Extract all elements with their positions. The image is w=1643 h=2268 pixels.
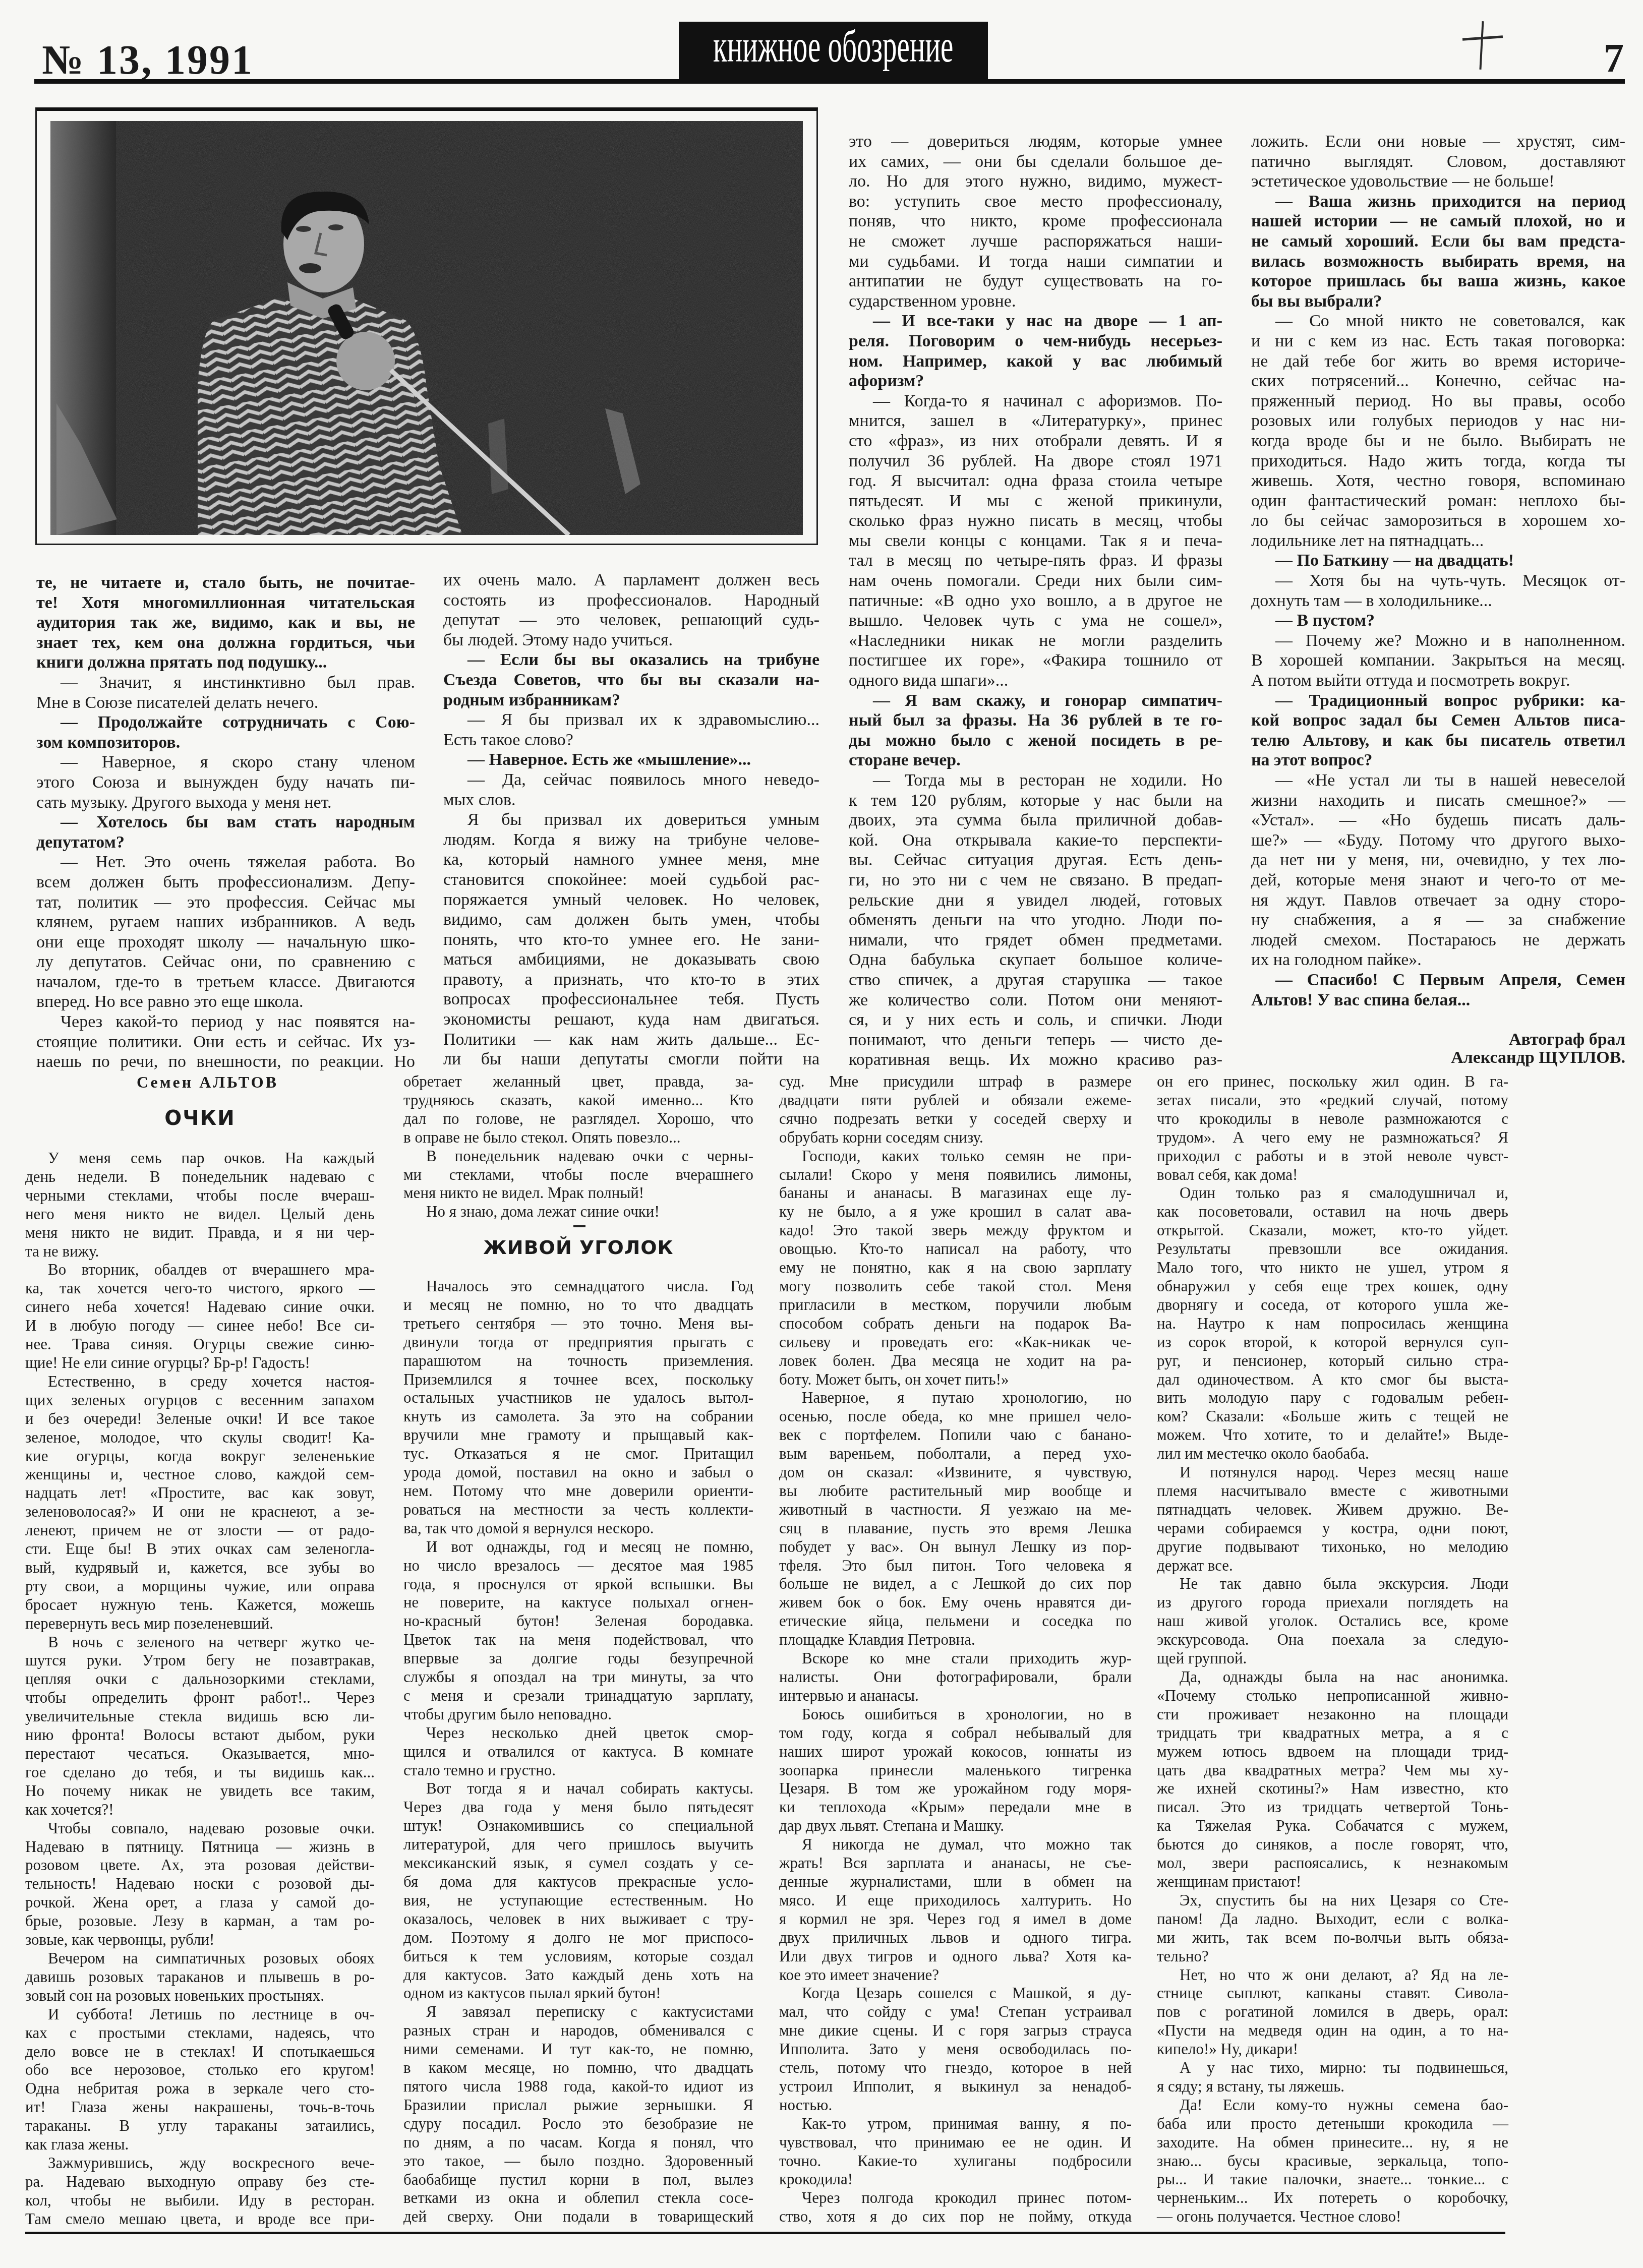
text-line: жрать! Вся зарплата и ананасы, не съе- bbox=[779, 1854, 1132, 1873]
text-line: ном. Например, какой у вас любимый bbox=[849, 351, 1222, 372]
text-line: мясо. И еще приходилось халтурить. Но bbox=[779, 1891, 1132, 1910]
text-line: ложить. Если они новые — хрустят, сим- bbox=[1251, 132, 1625, 152]
text-line: розовом цвете. Ах, эта розовая действи- bbox=[25, 1856, 375, 1875]
story-title-zhivoy-ugolok: ЖИВОЙ УГОЛОК bbox=[403, 1235, 753, 1260]
text-line: Я завязал переписку с кактусистами bbox=[403, 2003, 753, 2021]
text-line: чтобы другим было неповадно. bbox=[403, 1705, 753, 1724]
text-line: они еще проходят школу — начальную шко- bbox=[36, 932, 415, 952]
text-paragraph: — «Не устал ли ты в нашей невеселойжизни… bbox=[1251, 770, 1625, 970]
text-line: ловек болен. Два месяца не ходит на ра- bbox=[779, 1352, 1132, 1370]
ochki-column-1: У меня семь пар очков. На каждыйдень нед… bbox=[25, 1149, 375, 2229]
text-line: кой вопрос задал бы Семен Альтов писа- bbox=[1251, 710, 1625, 731]
text-line: женщинам пристают! bbox=[1157, 1873, 1508, 1891]
issue-number: № 13, 1991 bbox=[42, 39, 254, 81]
text-line: одного вида шпаги»... bbox=[849, 671, 1222, 691]
text-line: год. Я высчитал: одна фраза стоила четыр… bbox=[849, 471, 1222, 491]
text-line: биться к тем условиям, которые создал bbox=[403, 1947, 753, 1966]
text-line: том году, когда я собрал небывалый для bbox=[779, 1724, 1132, 1743]
text-line: зеленое, молодое, что скулы сводит! Ка- bbox=[25, 1428, 375, 1447]
text-paragraph: это — довериться людям, которые умнееих … bbox=[849, 132, 1222, 311]
text-line: Или двух тигров и одного льва? Хотя ка- bbox=[779, 1947, 1132, 1966]
text-line: сылали! Скоро у меня появились лимоны, bbox=[779, 1166, 1132, 1184]
question-paragraph: те, не читаете и, стало быть, не почитае… bbox=[36, 573, 415, 673]
text-line: тараканы. В углу тараканы затаились, bbox=[25, 2117, 375, 2135]
text-line: писал. Это из тридцать четвертой Тонь- bbox=[1157, 1798, 1508, 1817]
text-line: разных стран и народов, обменивался с bbox=[403, 2021, 753, 2040]
text-line: В ночь с зеленого на четверг жутко че- bbox=[25, 1633, 375, 1652]
text-line: Да! Если кому-то нужны семена бао- bbox=[1157, 2096, 1508, 2115]
text-line: мне дикие сцены. И с горя загрыз страуса bbox=[779, 2021, 1132, 2040]
text-line: ми судьбами. И тогда наши симпатии и bbox=[849, 252, 1222, 272]
text-line: наешь по речи, по внешности, по реакции.… bbox=[36, 1052, 415, 1072]
text-line: как глаза жены. bbox=[25, 2135, 375, 2154]
text-line: «Наследники никак не могли разделить bbox=[849, 631, 1222, 651]
text-line: Одна небритая рожа в зеркале чего сто- bbox=[25, 2079, 375, 2098]
text-line: патично выглядят. Словом, доставляют bbox=[1251, 152, 1625, 172]
text-line: вперед. Но все равно это еще школа. bbox=[36, 992, 415, 1012]
text-line: сторане вечер. bbox=[849, 750, 1222, 770]
text-line: обнаружил у себя еще трех кошек, одну bbox=[1157, 1277, 1508, 1296]
interview-column-2: их очень мало. А парламент должен весьсо… bbox=[443, 570, 819, 1069]
text-line: стнице сыплют, капканы ставят. Сивола- bbox=[1157, 1984, 1508, 2003]
text-line: бы людей. Этому надо учиться. bbox=[443, 630, 819, 650]
text-line: открытой. Сказали, может, кто-то уйдет. bbox=[1157, 1221, 1508, 1240]
text-line: черными стеклами, чтобы после вчераш- bbox=[25, 1186, 375, 1205]
text-paragraph: — Со мной никто не советовался, каки ни … bbox=[1251, 311, 1625, 551]
text-line: их самих, — они бы сделали большое де- bbox=[849, 152, 1222, 172]
text-line: Я никогда не думал, что можно так bbox=[779, 1835, 1132, 1854]
credit-line: Автограф брал bbox=[1251, 1031, 1625, 1049]
text-line: я кормил не зря. Через год я имел в доме bbox=[779, 1910, 1132, 1929]
text-line: как посоветовали, оставил на ночь дверь bbox=[1157, 1203, 1508, 1221]
text-line: могу позволить себе такой стол. Меня bbox=[779, 1277, 1132, 1296]
text-line: экскурсовода. Она поехала за следую- bbox=[1157, 1631, 1508, 1649]
text-line: сти. Еще бы! В этих очках сам зеленогла- bbox=[25, 1540, 375, 1559]
text-line: стало темно и грустно. bbox=[403, 1761, 753, 1780]
text-line: синего неба хочется! Надеваю синие очки. bbox=[25, 1298, 375, 1317]
text-line: экономисты решают, куда нам двигаться. bbox=[443, 1009, 819, 1030]
text-line: поняв, что никто, кроме профессионала bbox=[849, 211, 1222, 231]
text-line: ему не понятно, как я на свою зарплату bbox=[779, 1259, 1132, 1277]
text-line: мексиканский язык, я сумел создать у се- bbox=[403, 1854, 753, 1873]
text-line: Зажмурившись, жду воскресного вече- bbox=[25, 2154, 375, 2173]
text-line: кое это имеет значение? bbox=[779, 1966, 1132, 1985]
text-paragraph: Я бы призвал их довериться умнымлюдям. К… bbox=[443, 810, 819, 1069]
text-line: Цезаря. В том же урожайном году моря- bbox=[779, 1779, 1132, 1798]
text-line: ит! Глаза жены накрашены, точь-в-точь bbox=[25, 2098, 375, 2117]
text-line: Боюсь ошибиться в хронологии, но в bbox=[779, 1705, 1132, 1724]
text-line: началом, где-то в третьем классе. Двигаю… bbox=[36, 972, 415, 992]
text-line: обменять деньги на что угодно. Люди по- bbox=[849, 910, 1222, 930]
text-line: баобабище пустил корни в пол, вылез bbox=[403, 2171, 753, 2189]
text-line: осенью, после обеда, ко мне пришел чело- bbox=[779, 1407, 1132, 1426]
text-line: которое пришлась бы ваша жизнь, какое bbox=[1251, 271, 1625, 291]
text-line: на. Наутро к нам попросилась женщина bbox=[1157, 1315, 1508, 1333]
text-line: но-красный бутон! Зеленая бородавка. bbox=[403, 1612, 753, 1631]
text-line: ских потрясений... Конечно, сейчас на- bbox=[1251, 371, 1625, 391]
text-line: — Со мной никто не советовался, как bbox=[1251, 311, 1625, 331]
text-line: становится спокойнее: моей судьбой рас- bbox=[443, 870, 819, 890]
text-line: роваться на местности за честь коллекти- bbox=[403, 1501, 753, 1519]
text-paragraph: Вечером на симпатичных розовых обояхдави… bbox=[25, 1949, 375, 2005]
masthead-logo: книжное обозрение bbox=[679, 22, 988, 83]
ochki-column-2: обретает желанный цвет, правда, за-трудн… bbox=[403, 1072, 753, 1221]
text-line: бы вы выбрали? bbox=[1251, 291, 1625, 312]
text-line: щей группой. bbox=[1157, 1649, 1508, 1668]
text-line: вовал себя, как дома! bbox=[1157, 1166, 1508, 1184]
text-line: один фантастический роман: неплохо бы- bbox=[1251, 491, 1625, 511]
text-line: сильеву и проведать его: «Как-никак че- bbox=[779, 1333, 1132, 1352]
text-line: щих зеленых огурцов с весенним запахом bbox=[25, 1391, 375, 1410]
text-line: не самый хороший. Если бы вам предста- bbox=[1251, 231, 1625, 252]
text-line: Я бы призвал их довериться умным bbox=[443, 810, 819, 830]
text-line: стоящие политики. Они есть и сейчас. Их … bbox=[36, 1032, 415, 1052]
question-paragraph: — Если бы вы оказались на трибунеСъезда … bbox=[443, 650, 819, 710]
text-line: ку не было, а я уже крошил в салат ава- bbox=[779, 1203, 1132, 1221]
text-line: эстетическое удовольствие — не больше! bbox=[1251, 171, 1625, 192]
text-paragraph: Один только раз я смалодушничал и,как по… bbox=[1157, 1184, 1508, 1463]
text-line: пригласили в местком, поручили любым bbox=[779, 1296, 1132, 1315]
text-line: мы свели концы с концами. Так я и печа- bbox=[849, 531, 1222, 551]
text-line: Не так давно была экскурсия. Люди bbox=[1157, 1575, 1508, 1593]
text-line: И суббота! Летишь по лестнице в оч- bbox=[25, 2005, 375, 2024]
text-line: тридцать три квадратных метра, а я с bbox=[1157, 1724, 1508, 1743]
text-line: вия, не уступающие естественным. Но bbox=[403, 1891, 753, 1910]
question-paragraph: — Хотелось бы вам стать народнымдепутато… bbox=[36, 812, 415, 852]
text-line: Вскоре ко мне стали приходить жур- bbox=[779, 1649, 1132, 1668]
text-line: тфеля. Это был питон. Того человека я bbox=[779, 1557, 1132, 1575]
text-line: службы я опоздал на три минуты, за что bbox=[403, 1668, 753, 1687]
text-line: Политики — как нам жить дальше... Ес- bbox=[443, 1030, 819, 1050]
text-line: Одна бабулька скупает большое количе- bbox=[849, 950, 1222, 970]
text-line: трудом». А чего ему не размножаться? Я bbox=[1157, 1128, 1508, 1147]
text-line: «Пусти на медведя один на один, а то на- bbox=[1157, 2021, 1508, 2040]
text-line: их очень мало. А парламент должен весь bbox=[443, 570, 819, 590]
text-line: цепляя очки с дальнозоркими стеклами, bbox=[25, 1670, 375, 1689]
text-line: и месяц не помню, но то что двадцать bbox=[403, 1296, 753, 1315]
text-line: депутатом? bbox=[36, 832, 415, 853]
text-line: когда вроде бы и не было. Выбирать не bbox=[1251, 431, 1625, 451]
text-line: дар двух львят. Степана и Машку. bbox=[779, 1817, 1132, 1835]
text-line: ство спичек, а другая старушка — такое bbox=[849, 970, 1222, 990]
text-line: не сможет лучше распоряжаться наши- bbox=[849, 231, 1222, 252]
text-line: клянем, ругаем наших избранников. А ведь bbox=[36, 912, 415, 932]
text-line: Во вторник, обалдев от вчерашнего мра- bbox=[25, 1261, 375, 1279]
text-line: нию фронта! Волосы встают дыбом, руки bbox=[25, 1726, 375, 1745]
text-line: рельские дни я увидел людей, готовых bbox=[849, 890, 1222, 911]
text-line: брые, розовые. Лезу в карман, а там ро- bbox=[25, 1912, 375, 1931]
text-line: мол, звери распоясались, к незнакомым bbox=[1157, 1854, 1508, 1873]
text-paragraph: — Наверное, я скоро стану членомэтого Со… bbox=[36, 752, 415, 812]
text-paragraph: Как-то утром, принимая ванну, я по-чувст… bbox=[779, 2115, 1132, 2189]
text-line: — Да, сейчас появилось много неведо- bbox=[443, 770, 819, 790]
text-line: коративная вещь. Их можно красиво раз- bbox=[849, 1050, 1222, 1070]
text-line: тат, политик — это профессия. Сейчас мы bbox=[36, 892, 415, 913]
text-line: ка, так хочется чего-то чистого, яркого … bbox=[25, 1279, 375, 1298]
text-line: ся, и у них есть и соль, и спички. Люди bbox=[849, 1010, 1222, 1030]
text-line: руг, и пенсионер, который сильно стра- bbox=[1157, 1352, 1508, 1370]
text-line: остальных участников не удалось вытол- bbox=[403, 1389, 753, 1407]
text-line: Цветок так на меня подействовал, что bbox=[403, 1631, 753, 1649]
text-line: женщины и, честное слово, каждой сем- bbox=[25, 1465, 375, 1484]
text-line: их на голодном пайке». bbox=[1251, 950, 1625, 970]
text-line: век с портфелем. Попили чаю с банано- bbox=[779, 1426, 1132, 1445]
ugolok-column-3: он его принес, поскольку жил один. В га-… bbox=[1157, 1072, 1508, 2226]
text-line: дворнягу и соседа, от которого ушла же- bbox=[1157, 1296, 1508, 1315]
text-paragraph: Господи, каких только семян не при-сылал… bbox=[779, 1147, 1132, 1389]
text-line: третьего сентября — это точно. Меня вы- bbox=[403, 1315, 753, 1333]
text-line: Есть такое слово? bbox=[443, 730, 819, 750]
text-paragraph: И вот однажды, год и месяц не помню,но ч… bbox=[403, 1538, 753, 1724]
text-line: — Я бы призвал их к здравомыслию... bbox=[443, 710, 819, 730]
text-line: И вот однажды, год и месяц не помню, bbox=[403, 1538, 753, 1557]
text-line: нам очень помогали. Среди них были сим- bbox=[849, 571, 1222, 591]
text-line: нимали, что грядет обмен предметами. bbox=[849, 930, 1222, 950]
text-paragraph: он его принес, поскольку жил один. В га-… bbox=[1157, 1072, 1508, 1184]
text-line: стель, потому что гнездо, которое в ней bbox=[779, 2059, 1132, 2077]
text-line: мужем ютюсь вдвоем на площади трид- bbox=[1157, 1743, 1508, 1761]
text-line: В хорошей компании. Закрыться на месяц. bbox=[1251, 650, 1625, 671]
text-line: Мало того, что никто не ушел, утром я bbox=[1157, 1259, 1508, 1277]
text-line: держат все. bbox=[1157, 1557, 1508, 1575]
text-line: что крокодилы в неволе размножаются с bbox=[1157, 1110, 1508, 1128]
text-line: суд. Мне присудили штраф в размере bbox=[779, 1072, 1132, 1091]
text-line: наш живой уголок. Остались все, кроме bbox=[1157, 1612, 1508, 1631]
text-line: пряженный период. Но вы правы, особо bbox=[1251, 391, 1625, 411]
text-line: дом. Поэтому я долго не мог приспосо- bbox=[403, 1929, 753, 1947]
text-line: с меня и срезали тринадцатую зарплату, bbox=[403, 1687, 753, 1705]
text-line: больше не видел, а с Лешкой до сих пор bbox=[779, 1575, 1132, 1593]
masthead-title: книжное обозрение bbox=[713, 22, 953, 71]
story-title-ochki: ОЧКИ bbox=[25, 1106, 375, 1131]
text-line: Эх, спустить бы на них Цезаря со Сте- bbox=[1157, 1891, 1508, 1910]
ugolok-column-1: Началось это семнадцатого числа. Годи ме… bbox=[403, 1277, 753, 2226]
text-line: Надеваю в пятницу. Пятница — жизнь в bbox=[25, 1838, 375, 1857]
text-line: впервые за долгие годы безупречной bbox=[403, 1649, 753, 1668]
text-line: сать музыку. Другого выхода у меня нет. bbox=[36, 793, 415, 813]
text-line: не поверите, на кактусе полыхал огнен- bbox=[403, 1593, 753, 1612]
text-line: кадо! Это такой зверь между фруктом и bbox=[779, 1221, 1132, 1240]
text-line: ленеют, причем не от злости — от радо- bbox=[25, 1521, 375, 1540]
text-line: Чтобы совпало, надеваю розовые очки. bbox=[25, 1819, 375, 1838]
text-line: ну снабжения, а я — за снабжение bbox=[1251, 910, 1625, 930]
text-line: Через несколько дней цветок смор- bbox=[403, 1724, 753, 1743]
text-line: лу депутатов. Сейчас они, по сравнению с bbox=[36, 952, 415, 972]
interview-column-4: ложить. Если они новые — хрустят, сим-па… bbox=[1251, 132, 1625, 1010]
text-line: увеличительные стекла видишь всю ли- bbox=[25, 1707, 375, 1726]
text-line: нашей истории — не самый плохой, но и bbox=[1251, 211, 1625, 231]
text-line: как хочется?! bbox=[25, 1801, 375, 1819]
text-line: — И все-таки у нас на дворе — 1 ап- bbox=[849, 311, 1222, 331]
text-line: оказалось, человек в них выживает с тру- bbox=[403, 1910, 753, 1929]
question-paragraph: — И все-таки у нас на дворе — 1 ап-реля.… bbox=[849, 311, 1222, 391]
text-line: крокодила! bbox=[779, 2170, 1132, 2189]
text-line: Началось это семнадцатого числа. Год bbox=[403, 1277, 753, 1296]
text-line: перестают чесаться. Оказывается, мно- bbox=[25, 1745, 375, 1763]
text-line: бананы и ананасы. В магазинах еще лу- bbox=[779, 1184, 1132, 1203]
text-line: получил 36 рублей. На дворе стоял 1971 bbox=[849, 451, 1222, 471]
text-line: дал одиночеством. А кто смог бы выста- bbox=[1157, 1370, 1508, 1389]
text-line: двоих, эта сумма была приличной добав- bbox=[849, 810, 1222, 830]
text-line: чувствовал, что принимаю ее не один. И bbox=[779, 2133, 1132, 2152]
text-line: племя насчитывало вместе с животными bbox=[1157, 1482, 1508, 1501]
text-line: пов с рогатиной ломился в дверь, орал: bbox=[1157, 2003, 1508, 2021]
text-line: для кактусов. Зато каждый день хоть на bbox=[403, 1966, 753, 1985]
text-paragraph: Но я знаю, дома лежат синие очки! bbox=[403, 1203, 753, 1221]
text-paragraph: Я никогда не думал, что можно такжрать! … bbox=[779, 1835, 1132, 1984]
text-line: я сяду; я встану, ты ляжешь. bbox=[1157, 2077, 1508, 2096]
text-line: ки теплохода «Крым» передали мне в bbox=[779, 1798, 1132, 1817]
text-line: же количество соли. Потом они меняют- bbox=[849, 990, 1222, 1010]
text-line: зовый сон на розовых новеньких простынях… bbox=[25, 1987, 375, 2005]
text-line: Там смело мешаю цвета, и вроде все при- bbox=[25, 2210, 375, 2229]
story-separator bbox=[573, 1225, 585, 1227]
text-line: в оправе не было стекол. Опять повезло..… bbox=[403, 1128, 753, 1147]
text-line: — Когда-то я начинал с афоризмов. По- bbox=[849, 391, 1222, 411]
text-line: патичные: «В одно ухо вошло, а в другое … bbox=[849, 591, 1222, 611]
text-paragraph: Зажмурившись, жду воскресного вече-ра. Н… bbox=[25, 2154, 375, 2229]
text-line: сколько фраз нужно писать в месяц, чтобы bbox=[849, 511, 1222, 531]
question-paragraph: — В пустом? bbox=[1251, 611, 1625, 631]
text-line: поряжается умный человек. Но человек, bbox=[443, 890, 819, 910]
text-line: вый, кудрявый и, кажется, все зубы во bbox=[25, 1559, 375, 1577]
text-paragraph: — Я бы призвал их к здравомыслию...Есть … bbox=[443, 710, 819, 750]
text-line: — Значит, я инстинктивно был прав. bbox=[36, 673, 415, 693]
text-line: — В пустом? bbox=[1251, 611, 1625, 631]
page-number: 7 bbox=[1604, 38, 1624, 79]
text-line: Через какой-то период у нас появятся на- bbox=[36, 1012, 415, 1032]
text-line: надцать лет! «Простите, вас как зовут, bbox=[25, 1484, 375, 1503]
text-line: бя дома для кактусов прекрасные усло- bbox=[403, 1873, 753, 1891]
text-line: Приземлился я точнее всех, поскольку bbox=[403, 1370, 753, 1389]
text-line: дей, которые меня знают и чего-то от ме- bbox=[1251, 870, 1625, 890]
author-photo bbox=[50, 121, 803, 535]
text-line: зеленоволосая?» И они не краснеют, а зе- bbox=[25, 1503, 375, 1521]
text-paragraph: В ночь с зеленого на четверг жутко че-шу… bbox=[25, 1633, 375, 1819]
text-line: зовые, как червонцы, рубли! bbox=[25, 1931, 375, 1949]
text-line: перевернуть весь мир позеленевший. bbox=[25, 1615, 375, 1633]
text-line: Нет, но что ж они делают, а? Яд на ле- bbox=[1157, 1966, 1508, 1985]
text-line: из другого города приехали поглядеть на bbox=[1157, 1593, 1508, 1612]
text-line: паном! Да ладно. Выходит, если с волка- bbox=[1157, 1910, 1508, 1929]
text-line: Один только раз я смалодушничал и, bbox=[1157, 1184, 1508, 1203]
text-line: черами собираемся у костра, одни поют, bbox=[1157, 1519, 1508, 1538]
text-paragraph: Началось это семнадцатого числа. Годи ме… bbox=[403, 1277, 753, 1538]
text-line: знаю... бусы красивые, зеркальца, топо- bbox=[1157, 2152, 1508, 2171]
text-paragraph: — Тогда мы в ресторан не ходили. Нок тем… bbox=[849, 770, 1222, 1070]
text-line: знает тех, кем она должна гордиться, чьи bbox=[36, 633, 415, 653]
text-line: А у нас тихо, мирно: ты подвинешься, bbox=[1157, 2059, 1508, 2077]
text-line: можем. Что хотите, то и делайте!» Выде- bbox=[1157, 1426, 1508, 1445]
photo-man-with-microphone-icon bbox=[50, 121, 803, 535]
text-paragraph: Да, однажды была на нас анонимка.«Почему… bbox=[1157, 1668, 1508, 1891]
text-line: вышло. Человек чуть с ума не сошел», bbox=[849, 611, 1222, 631]
text-line: давишь розовых тараканов и плывешь в ро- bbox=[25, 1968, 375, 1987]
text-line: не дай тебе бог жить во время историче- bbox=[1251, 351, 1625, 372]
text-line: вилась возможность выбирать время, на bbox=[1251, 252, 1625, 272]
text-paragraph: — Да, сейчас появилось много неведо-мых … bbox=[443, 770, 819, 810]
text-line: из сорок второй, к которой вернулся суп- bbox=[1157, 1333, 1508, 1352]
text-line: площадке Клавдия Петровна. bbox=[779, 1631, 1132, 1649]
text-line: день недели. В понедельник надеваю с bbox=[25, 1168, 375, 1186]
text-paragraph: Да! Если кому-то нужны семена бао-баба и… bbox=[1157, 2096, 1508, 2226]
text-line: — Наверное. Есть же «мышление»... bbox=[443, 750, 819, 770]
text-line: ком? Сказали: «Больше жить с тещей не bbox=[1157, 1407, 1508, 1426]
text-line: понять, что кто-то умнее его. Не зани- bbox=[443, 930, 819, 950]
text-line: сдуру посадил. Росло это безобразие не bbox=[403, 2115, 753, 2133]
text-line: кипело!» Ну, дикари! bbox=[1157, 2040, 1508, 2059]
text-line: ги, но это ни с чем не связано. В предап… bbox=[849, 870, 1222, 890]
text-line: тельность! Надеваю носки с розовой ды- bbox=[25, 1875, 375, 1893]
text-line: видимо, сам должен быть умен, чтобы bbox=[443, 910, 819, 930]
text-paragraph: Через несколько дней цветок смор-щился и… bbox=[403, 1724, 753, 1780]
text-line: ми стеклами, чтобы после вчерашнего bbox=[403, 1166, 753, 1184]
text-paragraph: их очень мало. А парламент должен весьсо… bbox=[443, 570, 819, 650]
text-line: ли бы наши депутаты смогли пойти на bbox=[443, 1049, 819, 1069]
text-paragraph: Нет, но что ж они делают, а? Яд на ле-ст… bbox=[1157, 1966, 1508, 2059]
text-line: литературой, для чего пришлось выучить bbox=[403, 1835, 753, 1854]
text-line: парашютом на точность приземления. bbox=[403, 1352, 753, 1370]
text-line: книги должна прятать под подушку... bbox=[36, 652, 415, 673]
text-line: А потом выйти оттуда и посмотреть вокруг… bbox=[1251, 671, 1625, 691]
text-line: сяц в плавание, пусть это время Лешка bbox=[779, 1519, 1132, 1538]
text-line: этого Союза и вынужден буду начать пи- bbox=[36, 772, 415, 793]
text-line: — По Баткину — на двадцать! bbox=[1251, 551, 1625, 571]
text-line: дело вовсе не в стеклах! И спотыкаешься bbox=[25, 2043, 375, 2061]
text-line: приходил с работы и в этой неволе чувст- bbox=[1157, 1147, 1508, 1166]
text-line: тал в месяц по четыре-пять фраз. И фразы bbox=[849, 551, 1222, 571]
text-line: маться амбициями, не доказывать свою bbox=[443, 949, 819, 970]
ugolok-column-2: суд. Мне присудили штраф в размередвадца… bbox=[779, 1072, 1132, 2226]
text-line: животный в частности. Я уезжаю на ме- bbox=[779, 1501, 1132, 1519]
text-line: людей смехом. Постараюсь не держать bbox=[1251, 930, 1625, 950]
text-line: живешь. Хотя, честно говоря, вспоминаю bbox=[1251, 471, 1625, 491]
text-line: щился и отвалился от кактуса. В комнате bbox=[403, 1743, 753, 1761]
text-paragraph: ложить. Если они новые — хрустят, сим-па… bbox=[1251, 132, 1625, 192]
text-line: — Нет. Это очень тяжелая работа. Во bbox=[36, 852, 415, 872]
text-line: двадцати пяти рублей и обязали ежеме- bbox=[779, 1091, 1132, 1110]
credit-author: Александр ЩУПЛОВ. bbox=[1251, 1049, 1625, 1067]
text-line: интервью и ананасы. bbox=[779, 1687, 1132, 1705]
text-line: баба или просто детеныши крокодила — bbox=[1157, 2115, 1508, 2133]
text-line: пятьдесят. И мы с женой прикинули, bbox=[849, 491, 1222, 511]
question-paragraph: — Ваша жизнь приходится на периоднашей и… bbox=[1251, 192, 1625, 312]
text-line: Съезда Советов, что бы вы сказали на- bbox=[443, 670, 819, 690]
text-line: реля. Поговорим о чем-нибудь несерьез- bbox=[849, 331, 1222, 351]
text-line: нее. Трава синяя. Огурцы свежие синю- bbox=[25, 1335, 375, 1354]
text-line: ми жить, так всем по-волчьи выть обяза- bbox=[1157, 1929, 1508, 1947]
question-paragraph: — По Баткину — на двадцать! bbox=[1251, 551, 1625, 571]
text-line: бросает нужную тень. Кажется, можешь bbox=[25, 1596, 375, 1615]
text-line: родным избранникам? bbox=[443, 690, 819, 710]
text-line: ветками из окна и облепил стекла сосе- bbox=[403, 2189, 753, 2207]
text-line: него меня никто не видел. Целый день bbox=[25, 1205, 375, 1224]
text-line: сударственном уровне. bbox=[849, 291, 1222, 312]
text-line: шутся руки. Утром бегу не позавтракав, bbox=[25, 1651, 375, 1670]
text-line: всем должен быть профессионализм. Депу- bbox=[36, 872, 415, 892]
text-line: ный был за фразы. На 36 рублей в те го- bbox=[849, 710, 1222, 731]
text-line: вить молодую пару с годовалым ребен- bbox=[1157, 1389, 1508, 1407]
text-line: вручили мне грамоту и прыщавый как- bbox=[403, 1426, 753, 1445]
text-paragraph: Вскоре ко мне стали приходить жур-налист… bbox=[779, 1649, 1132, 1705]
text-line: — Хотелось бы вам стать народным bbox=[36, 812, 415, 832]
text-line: Господи, каких только семян не при- bbox=[779, 1147, 1132, 1166]
interview-column-3: это — довериться людям, которые умнееих … bbox=[849, 132, 1222, 1070]
text-line: Альтов! У вас спина белая... bbox=[1251, 990, 1625, 1010]
text-line: — Если бы вы оказались на трибуне bbox=[443, 650, 819, 670]
text-line: Через два года у меня было пятьдесят bbox=[403, 1798, 753, 1817]
text-paragraph: А у нас тихо, мирно: ты подвинешься,я ся… bbox=[1157, 2059, 1508, 2096]
